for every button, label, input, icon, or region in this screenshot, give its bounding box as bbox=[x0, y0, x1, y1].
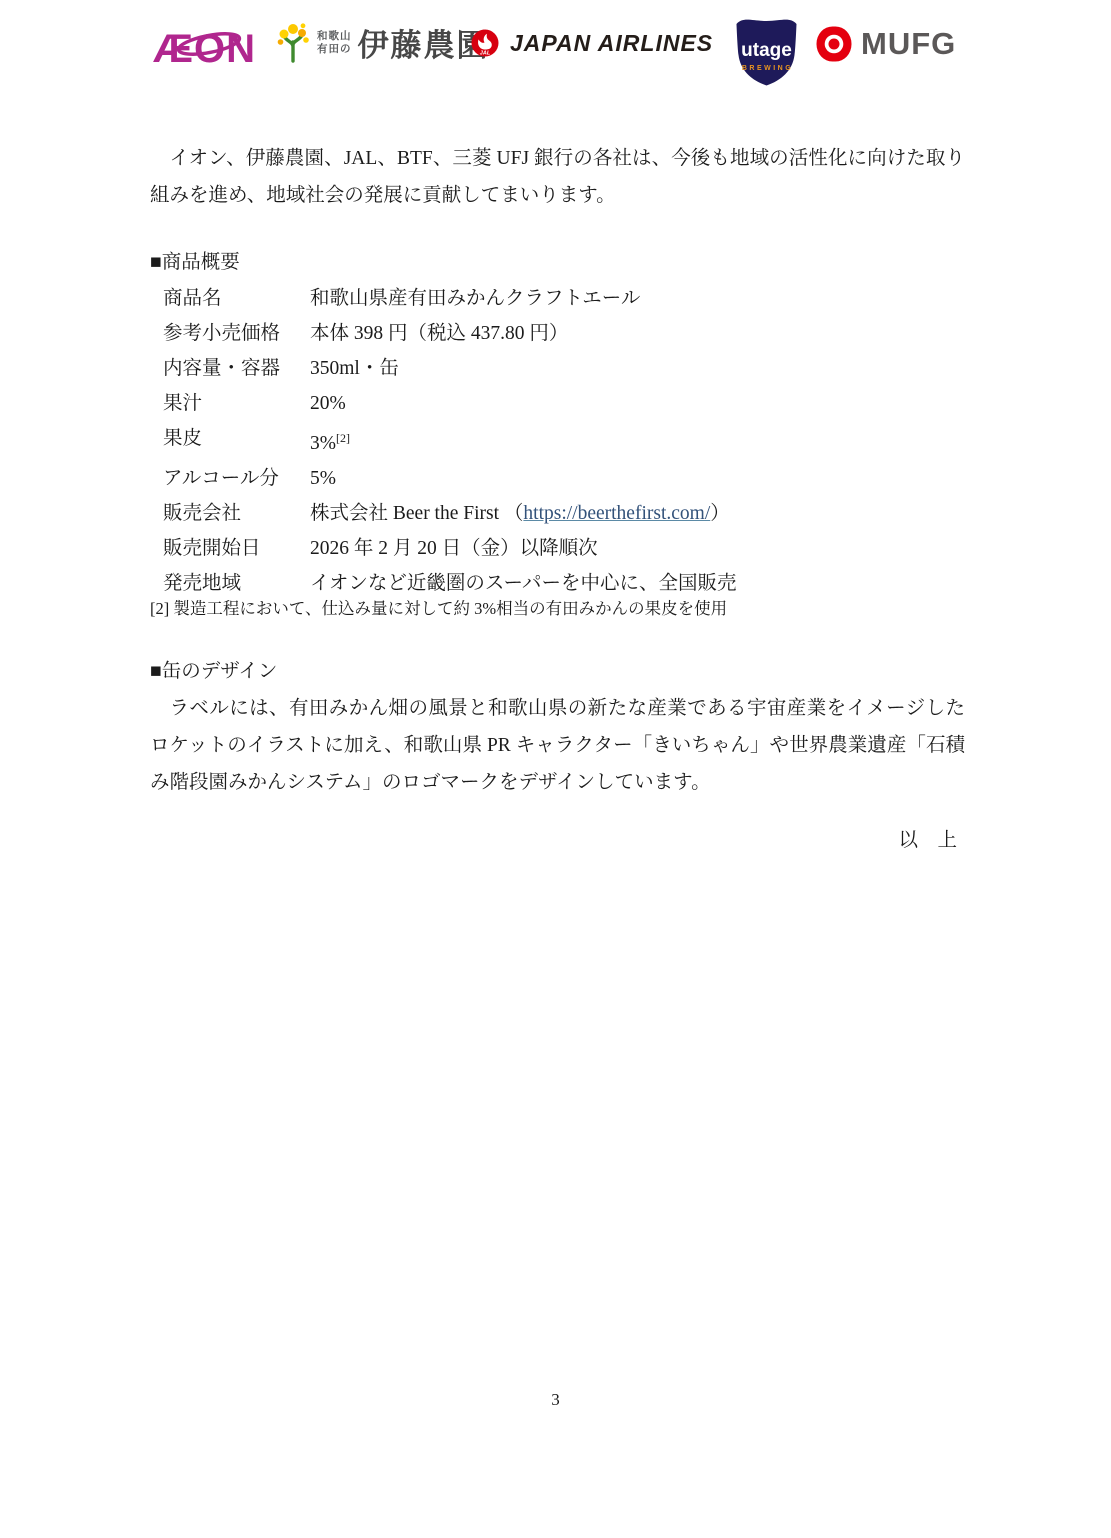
spec-label: 販売開始日 bbox=[150, 531, 310, 566]
spec-label: 参考小売価格 bbox=[150, 316, 310, 351]
page-number: 3 bbox=[0, 1390, 1111, 1410]
seller-website-link[interactable]: https://beerthefirst.com/ bbox=[523, 503, 710, 524]
can-design-paragraph: ラベルには、有田みかん畑の風景と和歌山県の新たな産業である宇宙産業をイメージした… bbox=[150, 690, 965, 801]
mufg-wordmark: MUFG bbox=[861, 26, 956, 62]
jal-mark-text: JAL bbox=[480, 51, 491, 57]
mikan-tree-icon bbox=[277, 23, 310, 63]
ito-noen-logo: 和歌山 有田の 伊藤農園 bbox=[277, 20, 490, 65]
aeon-wordmark: ÆON bbox=[153, 27, 256, 70]
can-design-title: ■缶のデザイン bbox=[150, 653, 965, 690]
spec-label: アルコール分 bbox=[150, 461, 310, 496]
ito-brand-wordmark: 伊藤農園 bbox=[358, 20, 490, 65]
jal-crane-icon: JAL bbox=[471, 29, 499, 57]
header-logo-strip: ÆON 和歌山 有田の 伊藤農園 JAL JAPAN AIRLINES bbox=[0, 0, 1111, 100]
spec-label: 果皮 bbox=[150, 421, 310, 461]
spec-label: 内容量・容器 bbox=[150, 351, 310, 386]
ito-region-text: 和歌山 有田の bbox=[317, 30, 352, 56]
mufg-logo: MUFG bbox=[816, 26, 956, 62]
product-overview-title: ■商品概要 bbox=[150, 244, 965, 281]
spec-value: 350ml・缶 bbox=[310, 351, 965, 386]
utage-wordmark: utage bbox=[741, 40, 792, 61]
spec-row-volume-container: 内容量・容器 350ml・缶 bbox=[150, 351, 965, 386]
spec-value: イオンなど近畿圏のスーパーを中心に、全国販売 bbox=[310, 566, 965, 601]
intro-paragraph: イオン、伊藤農園、JAL、BTF、三菱 UFJ 銀行の各社は、今後も地域の活性化… bbox=[150, 140, 965, 214]
spec-value: 株式会社 Beer the First （https://beerthefirs… bbox=[310, 496, 965, 531]
spec-row-peel: 果皮 3%[2] bbox=[150, 421, 965, 461]
spec-value: 和歌山県産有田みかんクラフトエール bbox=[310, 281, 965, 316]
jal-wordmark: JAPAN AIRLINES bbox=[510, 30, 713, 57]
ito-region-line2: 有田の bbox=[317, 43, 352, 56]
peel-value: 3% bbox=[310, 433, 336, 454]
closing-mark: 以 上 bbox=[150, 822, 965, 859]
mufg-mark-icon bbox=[816, 26, 852, 62]
press-release-page: { "logos": { "aeon": { "text": "ÆON", "c… bbox=[0, 0, 1111, 1538]
spec-value: 3%[2] bbox=[310, 421, 965, 461]
spec-row-product-name: 商品名 和歌山県産有田みかんクラフトエール bbox=[150, 281, 965, 316]
spec-value: 2026 年 2 月 20 日（金）以降順次 bbox=[310, 531, 965, 566]
spec-value: 20% bbox=[310, 386, 965, 421]
spec-value: 5% bbox=[310, 461, 965, 496]
spec-label: 果汁 bbox=[150, 386, 310, 421]
document-body: イオン、伊藤農園、JAL、BTF、三菱 UFJ 銀行の各社は、今後も地域の活性化… bbox=[150, 140, 965, 859]
ito-region-line1: 和歌山 bbox=[317, 30, 352, 43]
spec-row-launch-date: 販売開始日 2026 年 2 月 20 日（金）以降順次 bbox=[150, 531, 965, 566]
utage-brewing-text: BREWING bbox=[742, 65, 793, 72]
spec-row-sales-area: 発売地域 イオンなど近畿圏のスーパーを中心に、全国販売 bbox=[150, 566, 965, 601]
jal-logo: JAL JAPAN AIRLINES bbox=[471, 29, 713, 57]
footnote-ref-marker: [2] bbox=[336, 431, 350, 445]
spec-row-retail-price: 参考小売価格 本体 398 円（税込 437.80 円） bbox=[150, 316, 965, 351]
seller-name: 株式会社 Beer the First （ bbox=[310, 503, 523, 524]
spec-label: 販売会社 bbox=[150, 496, 310, 531]
product-spec-table: 商品名 和歌山県産有田みかんクラフトエール 参考小売価格 本体 398 円（税込… bbox=[150, 281, 965, 601]
spec-row-alcohol: アルコール分 5% bbox=[150, 461, 965, 496]
spec-label: 発売地域 bbox=[150, 566, 310, 601]
utage-shield-icon: utage BREWING bbox=[733, 11, 800, 88]
aeon-logo-icon: ÆON bbox=[153, 26, 261, 70]
spec-value: 本体 398 円（税込 437.80 円） bbox=[310, 316, 965, 351]
utage-brewing-logo: utage BREWING bbox=[733, 11, 800, 88]
spec-row-seller: 販売会社 株式会社 Beer the First （https://beerth… bbox=[150, 496, 965, 531]
spec-row-juice: 果汁 20% bbox=[150, 386, 965, 421]
aeon-logo: ÆON bbox=[153, 26, 261, 70]
spec-label: 商品名 bbox=[150, 281, 310, 316]
seller-paren-close: ） bbox=[710, 503, 730, 524]
